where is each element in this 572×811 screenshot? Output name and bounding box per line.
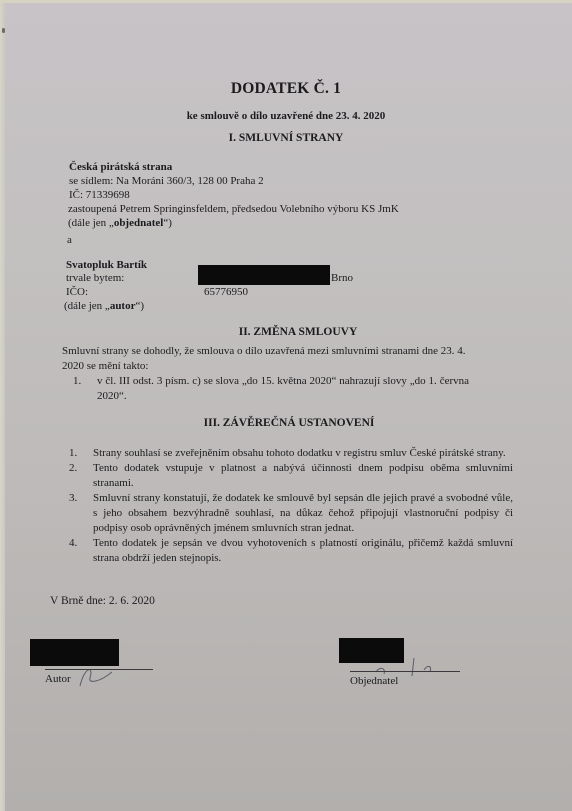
party1-alias-suffix: “) [163,217,172,229]
document-title: DODATEK Č. 1 [0,80,572,98]
document-subtitle: ke smlouvě o dílo uzavřené dne 23. 4. 20… [0,110,572,122]
section-3-item: 1.Strany souhlasí se zveřejněním obsahu … [93,446,513,461]
section-2-intro-line-2: 2020 se mění takto: [62,359,148,374]
section-3-item: 4.Tento dodatek je sepsán ve dvou vyhoto… [93,536,513,566]
party2-alias-term: autor [110,300,136,312]
conjunction: a [67,233,72,247]
party2-residence-city: Brno [331,271,353,285]
party2-alias-prefix: (dále jen „ [64,300,110,312]
party2-ico-label: IČO: [66,285,88,299]
section-2-intro-line-1: Smluvní strany se dohodly, že smlouva o … [62,344,465,359]
signature-label-objednatel: Objednatel [350,674,398,688]
section-3-item: 2.Tento dodatek vstupuje v platnost a na… [93,461,513,491]
section-2-heading: II. ZMĚNA SMLOUVY [12,326,572,338]
party2-alias: (dále jen „autor“) [64,299,144,313]
section-2-list: 1.v čl. III odst. 3 písm. c) se slova „d… [97,374,469,404]
section-3-item: 3.Smluvní strany konstatují, že dodatek … [93,491,513,536]
place-and-date: V Brně dne: 2. 6. 2020 [50,594,155,608]
party2-name: Svatopluk Bartík [66,258,147,272]
party2-alias-suffix: “) [135,300,144,312]
party1-name: Česká pirátská strana [69,160,172,174]
party1-address: se sídlem: Na Moráni 360/3, 128 00 Praha… [69,174,264,188]
punch-hole-mark [2,28,5,33]
party1-alias-term: objednatel [114,217,164,229]
section-2-item: 1.v čl. III odst. 3 písm. c) se slova „d… [97,374,469,404]
party1-ic: IČ: 71339698 [69,188,130,202]
signature-label-autor: Autor [45,672,71,686]
party1-alias-prefix: (dále jen „ [68,217,114,229]
signature-line-objednatel [350,671,460,672]
redacted-signature-objednatel [339,638,404,663]
section-3-list: 1.Strany souhlasí se zveřejněním obsahu … [93,446,513,566]
redacted-address [198,265,330,285]
party2-residence-label: trvale bytem: [66,271,124,285]
section-3-heading: III. ZÁVĚREČNÁ USTANOVENÍ [3,417,572,429]
party2-ico-value: 65776950 [204,285,248,299]
party1-represented: zastoupená Petrem Springinsfeldem, předs… [68,202,399,216]
scanned-document-page: DODATEK Č. 1 ke smlouvě o dílo uzavřené … [0,0,572,811]
redacted-signature-autor [30,639,119,666]
section-1-heading: I. SMLUVNÍ STRANY [0,132,572,144]
signature-line-autor [45,669,153,670]
party1-alias: (dále jen „objednatel“) [68,216,172,230]
